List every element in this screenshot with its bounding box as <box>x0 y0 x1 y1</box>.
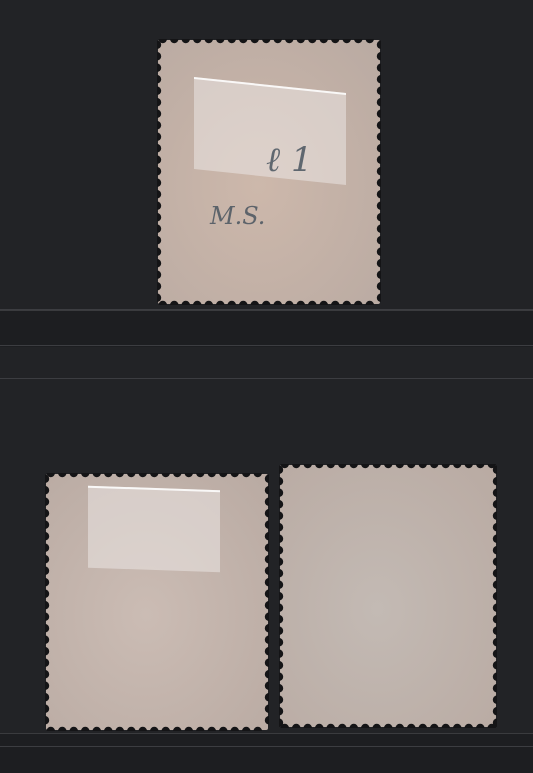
stamp-bottom-right <box>280 465 496 727</box>
stamp-paper <box>280 465 496 727</box>
stamp-top: M.S. ℓ 1 <box>158 40 380 304</box>
pencil-scribble: ℓ 1 <box>266 140 313 180</box>
stamp-bottom-left <box>46 474 268 730</box>
hinge-remnant <box>88 486 220 573</box>
pencil-notation: M.S. <box>210 202 265 230</box>
stock-strip <box>0 310 533 347</box>
stock-strip-divider <box>0 746 533 747</box>
stock-strip-divider <box>0 345 533 346</box>
stock-strip <box>0 733 533 773</box>
stock-strip-divider <box>0 378 533 379</box>
